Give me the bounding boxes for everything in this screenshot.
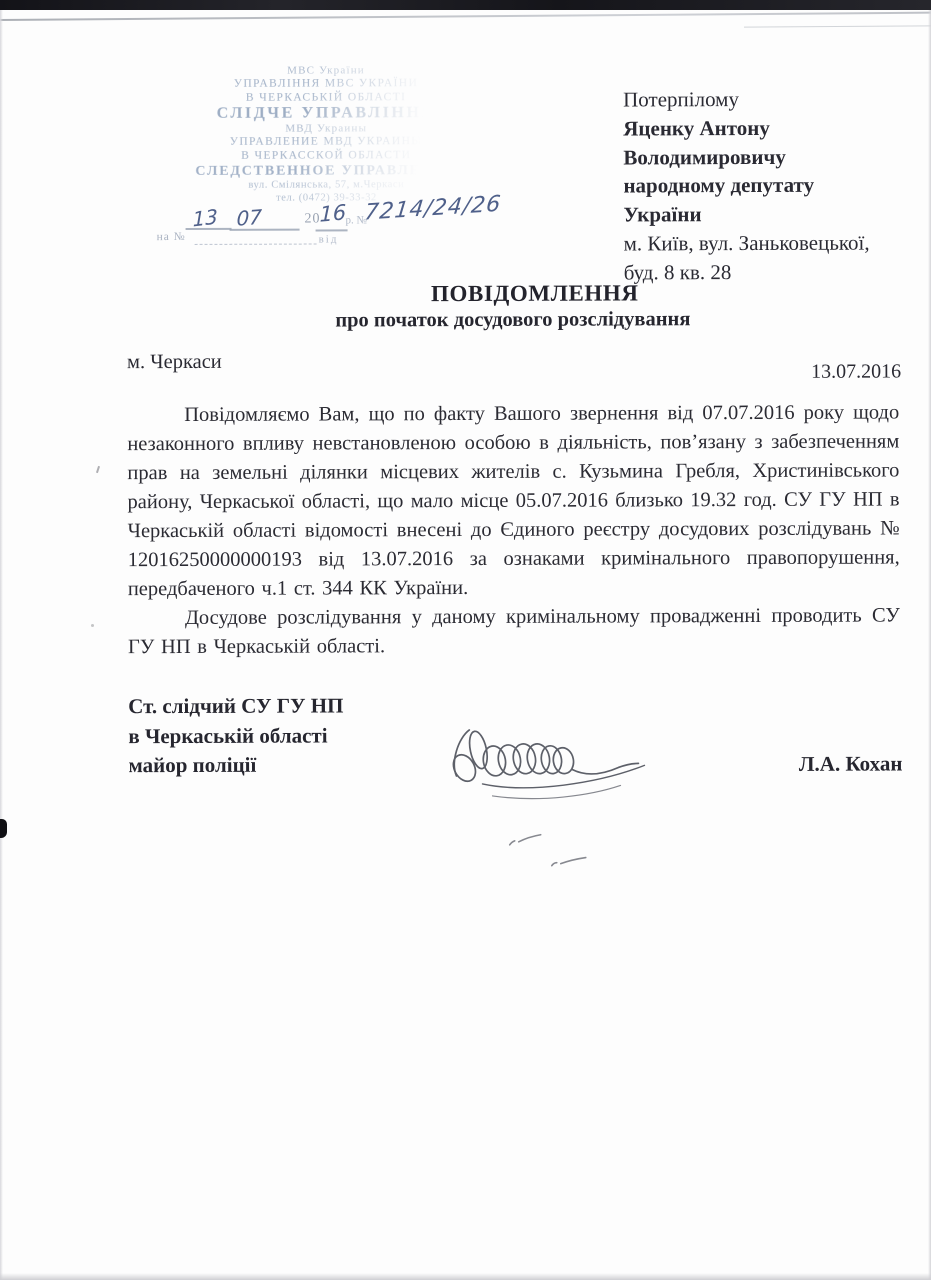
scanned-document: МВС України УПРАВЛІННЯ МВС УКРАЇНИ В ЧЕР… xyxy=(0,0,931,1280)
signoff-line: в Черкаській області xyxy=(128,721,343,751)
stamp-line: В ЧЕРКАСЬКІЙ ОБЛАСТІ xyxy=(176,90,476,105)
blank-rule-dashed xyxy=(195,244,317,245)
signoff-line: Ст. слідчий СУ ГУ НП xyxy=(128,691,343,721)
recipient-address: м. Київ, вул. Заньковецької, xyxy=(624,228,919,258)
letterhead-stamp: МВС України УПРАВЛІННЯ МВС УКРАЇНИ В ЧЕР… xyxy=(176,64,476,205)
recipient-title: України xyxy=(623,200,918,230)
recipient-title: народному депутату xyxy=(623,171,918,201)
stamp-line: В ЧЕРКАССКОЙ ОБЛАСТИ xyxy=(176,148,476,163)
stamp-address: вул. Смілянська, 57, м.Черкаси xyxy=(176,179,476,193)
printed-ref-label: на № xyxy=(157,231,186,243)
blank-rule xyxy=(316,229,348,231)
recipient-name: Яценку Антону xyxy=(623,113,918,143)
document-city: м. Черкаси xyxy=(127,351,222,374)
printed-year-prefix: 20 xyxy=(305,212,321,228)
recipient-name: Володимировичу xyxy=(623,142,918,172)
handwritten-year: 16 xyxy=(319,200,346,227)
stamp-line: УПРАВЛІННЯ МВС УКРАЇНИ xyxy=(176,77,476,92)
stamp-line: СЛЕДСТВЕННОЕ УПРАВЛЕНИЕ xyxy=(176,162,476,180)
document-title: ПОВІДОМЛЕННЯ xyxy=(127,279,899,308)
signoff-line: майор поліції xyxy=(128,750,343,780)
pen-dash-marks xyxy=(496,828,606,874)
document-date: 13.07.2016 xyxy=(787,360,901,383)
recipient-block: Потерпілому Яценку Антону Володимировичу… xyxy=(623,84,919,287)
blank-rule xyxy=(230,229,300,231)
stamp-line: МВД Украины xyxy=(176,122,476,136)
body-paragraph: Повідомляємо Вам, що по факту Вашого зве… xyxy=(127,398,900,604)
printed-ref-suffix: від xyxy=(319,233,339,245)
document-body: Повідомляємо Вам, що по факту Вашого зве… xyxy=(127,398,900,662)
document-subtitle: про початок досудового розслідування xyxy=(127,307,899,333)
stamp-line: УПРАВЛЕНИЕ МВД УКРАИНЫ xyxy=(176,135,476,150)
stamp-line: МВС України xyxy=(176,64,476,78)
handwritten-month: 07 xyxy=(236,205,262,231)
handwritten-signature xyxy=(448,721,660,810)
body-paragraph: Досудове розслідування у даному кримінал… xyxy=(128,601,900,662)
stamp-line: СЛІДЧЕ УПРАВЛІННЯ xyxy=(176,104,476,123)
signatory-name: Л.А. Кохан xyxy=(772,751,902,776)
document-page: МВС України УПРАВЛІННЯ МВС УКРАЇНИ В ЧЕР… xyxy=(0,0,931,1280)
signoff-block: Ст. слідчий СУ ГУ НП в Черкаській област… xyxy=(128,691,344,780)
scan-top-edge xyxy=(0,0,931,10)
recipient-line: Потерпілому xyxy=(623,84,918,114)
blank-rule xyxy=(186,228,232,230)
